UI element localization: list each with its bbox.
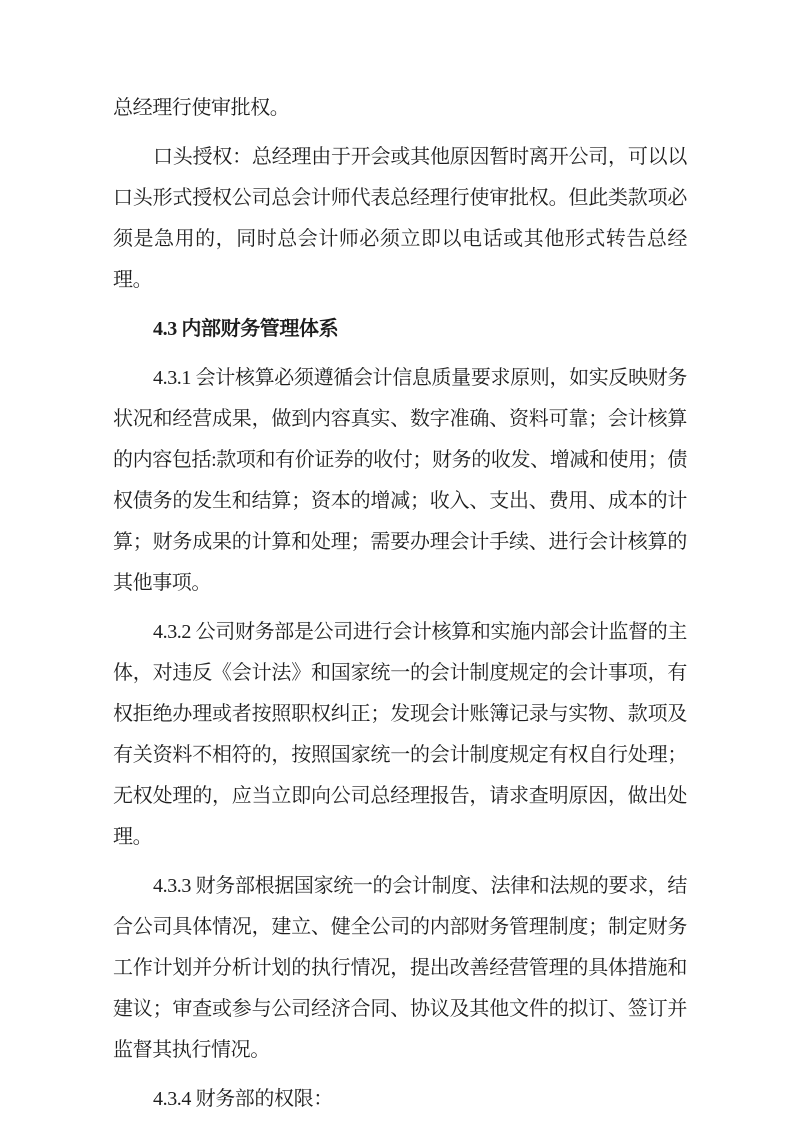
paragraph-4-3-3: 4.3.3 财务部根据国家统一的会计制度、法律和法规的要求，结合公司具体情况，建… <box>113 866 687 1071</box>
paragraph-4-3-4: 4.3.4 财务部的权限： <box>113 1079 687 1120</box>
paragraph-4-3-1: 4.3.1 会计核算必须遵循会计信息质量要求原则，如实反映财务状况和经营成果，做… <box>113 358 687 604</box>
paragraph-oral-authorization: 口头授权：总经理由于开会或其他原因暂时离开公司，可以以口头形式授权公司总会计师代… <box>113 137 687 301</box>
document-body: 总经理行使审批权。 口头授权：总经理由于开会或其他原因暂时离开公司，可以以口头形… <box>113 88 687 1120</box>
paragraph-4-3-2: 4.3.2 公司财务部是公司进行会计核算和实施内部会计监督的主体，对违反《会计法… <box>113 612 687 858</box>
paragraph-continuation: 总经理行使审批权。 <box>113 88 687 129</box>
section-heading-4-3: 4.3 内部财务管理体系 <box>113 309 687 350</box>
document-page: 总经理行使审批权。 口头授权：总经理由于开会或其他原因暂时离开公司，可以以口头形… <box>0 0 793 1122</box>
